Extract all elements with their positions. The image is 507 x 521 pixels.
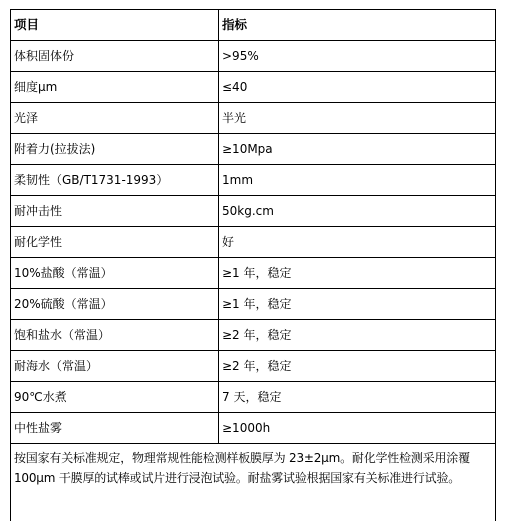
table-row: 附着力(拉拔法) ≥10Mpa [11, 134, 496, 165]
row-value: ≥1000h [219, 413, 496, 444]
table-row: 光泽 半光 [11, 103, 496, 134]
row-item: 柔韧性（GB/T1731-1993） [11, 165, 219, 196]
row-value: 1mm [219, 165, 496, 196]
table-row: 耐海水（常温） ≥2 年，稳定 [11, 351, 496, 382]
row-value: ≤40 [219, 72, 496, 103]
table-row: 10%盐酸（常温） ≥1 年，稳定 [11, 258, 496, 289]
header-item: 项目 [11, 10, 219, 41]
row-item: 20%硫酸（常温） [11, 289, 219, 320]
row-value: 7 天，稳定 [219, 382, 496, 413]
row-item: 体积固体份 [11, 41, 219, 72]
row-item: 90℃水煮 [11, 382, 219, 413]
table-row: 中性盐雾 ≥1000h [11, 413, 496, 444]
table-row: 耐冲击性 50kg.cm [11, 196, 496, 227]
table-row: 柔韧性（GB/T1731-1993） 1mm [11, 165, 496, 196]
row-value: ≥2 年，稳定 [219, 351, 496, 382]
row-value: ≥2 年，稳定 [219, 320, 496, 351]
row-item: 10%盐酸（常温） [11, 258, 219, 289]
row-item: 耐海水（常温） [11, 351, 219, 382]
table-row: 饱和盐水（常温） ≥2 年，稳定 [11, 320, 496, 351]
table-row: 细度μm ≤40 [11, 72, 496, 103]
row-item: 中性盐雾 [11, 413, 219, 444]
table-header-row: 项目 指标 [11, 10, 496, 41]
row-item: 光泽 [11, 103, 219, 134]
row-value: ≥1 年，稳定 [219, 258, 496, 289]
row-item: 附着力(拉拔法) [11, 134, 219, 165]
row-item: 耐冲击性 [11, 196, 219, 227]
row-item: 饱和盐水（常温） [11, 320, 219, 351]
header-value: 指标 [219, 10, 496, 41]
table-note: 按国家有关标准规定，物理常规性能检测样板膜厚为 23±2μm。耐化学性检测采用涂… [11, 444, 496, 521]
table-row: 体积固体份 >95% [11, 41, 496, 72]
table-row: 20%硫酸（常温） ≥1 年，稳定 [11, 289, 496, 320]
row-item: 耐化学性 [11, 227, 219, 258]
row-item: 细度μm [11, 72, 219, 103]
spec-table: 项目 指标 体积固体份 >95% 细度μm ≤40 光泽 半光 附着力(拉拔法)… [10, 9, 496, 521]
row-value: 好 [219, 227, 496, 258]
row-value: 50kg.cm [219, 196, 496, 227]
row-value: >95% [219, 41, 496, 72]
row-value: ≥10Mpa [219, 134, 496, 165]
row-value: ≥1 年，稳定 [219, 289, 496, 320]
table-row: 90℃水煮 7 天，稳定 [11, 382, 496, 413]
row-value: 半光 [219, 103, 496, 134]
note-row: 按国家有关标准规定，物理常规性能检测样板膜厚为 23±2μm。耐化学性检测采用涂… [11, 444, 496, 521]
table-row: 耐化学性 好 [11, 227, 496, 258]
